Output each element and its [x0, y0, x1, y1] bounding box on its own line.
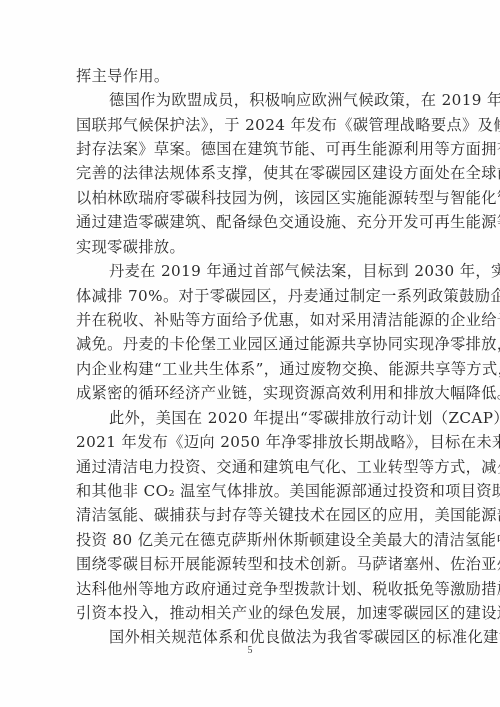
text-line: 国联邦气候保护法》，于 2024 年发布《碳管理战略要点》及修订版《碳 — [76, 113, 424, 137]
text-line: 实现零碳排放。 — [76, 235, 424, 259]
text-line: 此外，美国在 2020 年提出“零碳排放行动计划（ZCAP）”，并在 — [76, 406, 424, 430]
text-line: 内企业构建“工业共生体系”，通过废物交换、能源共享等方式，形 — [76, 357, 424, 381]
text-line: 通过建造零碳建筑、配备绿色交通设施、充分开发可再生能源等方式， — [76, 210, 424, 234]
text-line: 丹麦在 2019 年通过首部气候法案，目标到 2030 年，实现温室气 — [76, 259, 424, 283]
text-line: 体减排 70%。对于零碳园区，丹麦通过制定一系列政策鼓励企业参与， — [76, 284, 424, 308]
text-line: 2021 年发布《迈向 2050 年净零排放长期战略》，目标在未来 30 年内， — [76, 430, 424, 454]
text-line: 达科他州等地方政府通过竞争型拨款计划、税收抵免等激励措施，吸 — [76, 577, 424, 601]
text-line: 减免。丹麦的卡伦堡工业园区通过能源共享协同实现净零排放，园区 — [76, 332, 424, 356]
text-line: 通过清洁电力投资、交通和建筑电气化、工业转型等方式，减少甲烷 — [76, 455, 424, 479]
text-line: 清洁氢能、碳捕获与封存等关键技术在园区的应用，美国能源部批准 — [76, 503, 424, 527]
text-line: 以柏林欧瑞府零碳科技园为例，该园区实施能源转型与智能化管理， — [76, 186, 424, 210]
body-text: 挥主导作用。德国作为欧盟成员，积极响应欧洲气候政策，在 2019 年实施《德国联… — [76, 64, 424, 650]
text-line: 成紧密的循环经济产业链，实现资源高效利用和排放大幅降低。 — [76, 381, 424, 405]
text-line: 挥主导作用。 — [76, 64, 424, 88]
text-line: 投资 80 亿美元在德克萨斯州休斯顿建设全美最大的清洁氢能中心， — [76, 528, 424, 552]
page-number: 5 — [0, 645, 500, 656]
text-line: 封存法案》草案。德国在建筑节能、可再生能源利用等方面拥有较为 — [76, 137, 424, 161]
document-page: 挥主导作用。德国作为欧盟成员，积极响应欧洲气候政策，在 2019 年实施《德国联… — [0, 0, 500, 707]
text-line: 完善的法律法规体系支撑，使其在零碳园区建设方面处在全球前列。 — [76, 161, 424, 185]
text-line: 和其他非 CO₂ 温室气体排放。美国能源部通过投资和项目资助，推动 — [76, 479, 424, 503]
text-line: 德国作为欧盟成员，积极响应欧洲气候政策，在 2019 年实施《德 — [76, 88, 424, 112]
text-line: 引资本投入，推动相关产业的绿色发展，加速零碳园区的建设进程。 — [76, 601, 424, 625]
text-line: 围绕零碳目标开展能源转型和技术创新。马萨诸塞州、佐治亚州、南 — [76, 552, 424, 576]
text-line: 并在税收、补贴等方面给予优惠，如对采用清洁能源的企业给予税收 — [76, 308, 424, 332]
